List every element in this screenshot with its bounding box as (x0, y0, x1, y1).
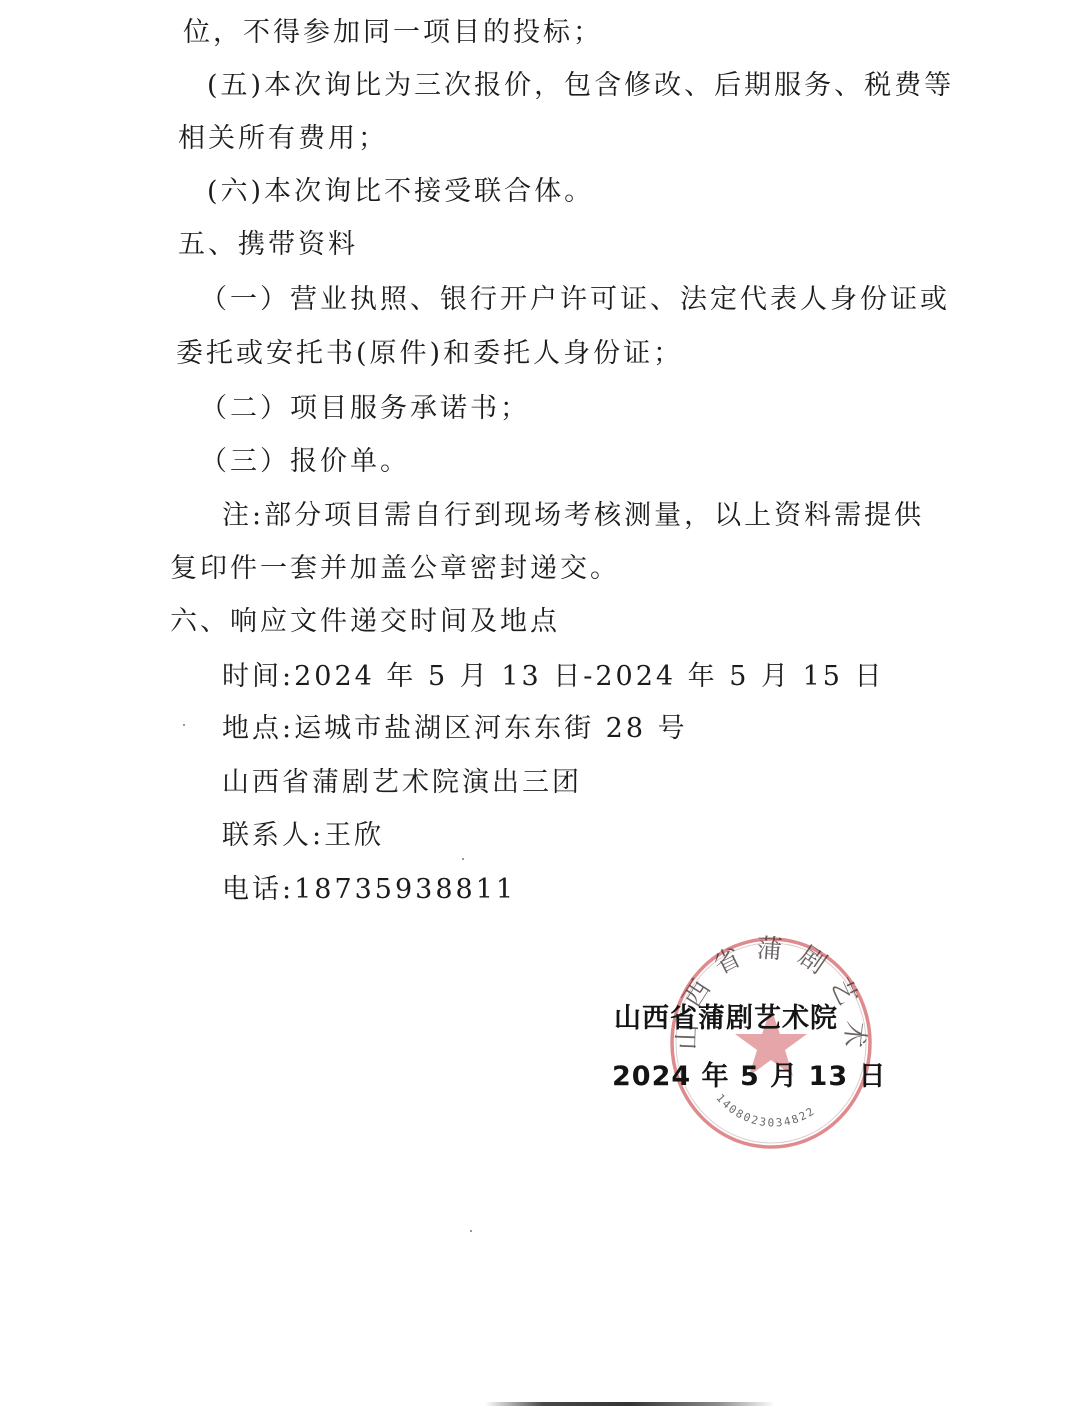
text-line-submission-address: 地点:运城市盐湖区河东东街 28 号 (222, 713, 688, 745)
seal-serial-number: 1408023034822 (714, 1091, 818, 1129)
section-heading-submission: 六、响应文件递交时间及地点 (170, 606, 560, 638)
text-line-item-5-continued: 相关所有费用； (178, 123, 388, 155)
scan-speck (462, 858, 464, 860)
text-line-contact-person: 联系人:王欣 (222, 820, 384, 852)
text-line-item-5: (五)本次询比为三次报价，包含修改、后期服务、税费等 (207, 70, 954, 102)
text-line-phone: 电话:18735938811 (222, 874, 516, 906)
text-line-materials-item-1: （一）营业执照、银行开户许可证、法定代表人身份证或 (200, 284, 950, 316)
text-line-item-6: (六)本次询比不接受联合体。 (207, 176, 594, 208)
text-line-materials-item-3: （三）报价单。 (200, 446, 410, 478)
scan-edge-artifact (485, 1402, 775, 1406)
text-line-materials-item-1-continued: 委托或安托书(原件)和委托人身份证； (176, 338, 683, 370)
text-line-submission-time: 时间:2024 年 5 月 13 日-2024 年 5 月 15 日 (222, 661, 885, 693)
scan-speck (183, 724, 185, 726)
svg-text:1408023034822: 1408023034822 (714, 1091, 818, 1129)
section-heading-materials: 五、携带资料 (178, 229, 358, 261)
scan-speck (470, 1230, 472, 1232)
text-line-submission-organization: 山西省蒲剧艺术院演出三团 (222, 767, 582, 799)
official-seal-stamp: 山西省蒲剧艺术院 1408023034822 (668, 930, 874, 1150)
text-line-note: 注:部分项目需自行到现场考核测量，以上资料需提供 (222, 500, 924, 532)
signature-date: 2024 年 5 月 13 日 (612, 1054, 887, 1093)
text-line-section4-item4-continued: 位，不得参加同一项目的投标； (183, 17, 603, 49)
text-line-note-continued: 复印件一套并加盖公章密封递交。 (170, 553, 620, 585)
document-page: 位，不得参加同一项目的投标； (五)本次询比为三次报价，包含修改、后期服务、税费… (0, 0, 1080, 1406)
text-line-materials-item-2: （二）项目服务承诺书； (200, 393, 530, 425)
signature-organization: 山西省蒲剧艺术院 (614, 996, 838, 1035)
